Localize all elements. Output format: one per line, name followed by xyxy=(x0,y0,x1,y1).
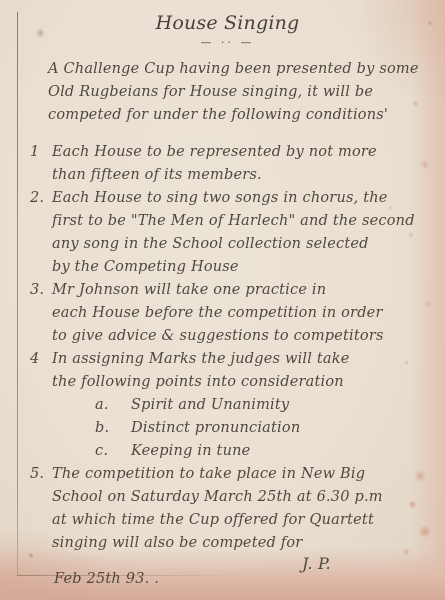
handwritten-line: Spirit and Unanimity xyxy=(131,394,289,417)
handwritten-line: first to be "The Men of Harlech" and the… xyxy=(52,210,425,233)
handwritten-line: Old Rugbeians for House singing, it will… xyxy=(48,81,425,104)
judging-point-a: a. Spirit and Unanimity xyxy=(95,394,425,417)
handwritten-line: Mr Johnson will take one practice in xyxy=(52,279,425,302)
condition-item-5: 5. The competition to take place in New … xyxy=(30,463,425,555)
judging-point-b: b. Distinct pronunciation xyxy=(95,417,425,440)
judging-point-c: c. Keeping in tune xyxy=(95,440,425,463)
document-date: Feb 25th 93. . xyxy=(54,568,159,591)
subitem-letter: b. xyxy=(95,417,131,440)
handwritten-line: at which time the Cup offered for Quarte… xyxy=(52,509,425,532)
handwritten-content: House Singing — ·· — A Challenge Cup hav… xyxy=(30,10,425,600)
handwritten-line: each House before the competition in ord… xyxy=(52,302,425,325)
foxing-spot xyxy=(424,300,432,308)
margin-rule-line xyxy=(17,12,18,576)
handwritten-line: Each House to be represented by not more xyxy=(52,141,425,164)
condition-item-4: 4 In assigning Marks the judges will tak… xyxy=(30,348,425,394)
handwritten-line: than fifteen of its members. xyxy=(52,164,425,187)
item-number: 3. xyxy=(30,279,52,348)
condition-item-1: 1 Each House to be represented by not mo… xyxy=(30,141,425,187)
page-title: House Singing xyxy=(30,10,425,36)
item-number: 1 xyxy=(30,141,52,187)
item-number: 5. xyxy=(30,463,52,555)
handwritten-line: by the Competing House xyxy=(52,256,425,279)
handwritten-line: any song in the School collection select… xyxy=(52,233,425,256)
handwritten-line: School on Saturday March 25th at 6.30 p.… xyxy=(52,486,425,509)
document-footer: J. P. Feb 25th 93. . xyxy=(30,556,425,600)
item-number: 2. xyxy=(30,187,52,279)
subitem-letter: a. xyxy=(95,394,131,417)
condition-item-3: 3. Mr Johnson will take one practice in … xyxy=(30,279,425,348)
handwritten-line: Distinct pronunciation xyxy=(131,417,300,440)
subitem-letter: c. xyxy=(95,440,131,463)
handwritten-line: competed for under the following conditi… xyxy=(48,104,425,127)
signature-initials: J. P. xyxy=(302,552,331,575)
handwritten-line: The competition to take place in New Big xyxy=(52,463,425,486)
condition-item-2: 2. Each House to sing two songs in choru… xyxy=(30,187,425,279)
item-number: 4 xyxy=(30,348,52,394)
handwritten-line: Each House to sing two songs in chorus, … xyxy=(52,187,425,210)
handwritten-line: Keeping in tune xyxy=(131,440,250,463)
handwritten-line: singing will also be competed for xyxy=(52,532,425,555)
handwritten-line: to give advice & suggestions to competit… xyxy=(52,325,425,348)
handwritten-line: In assigning Marks the judges will take xyxy=(52,348,425,371)
manuscript-page: House Singing — ·· — A Challenge Cup hav… xyxy=(0,0,445,600)
intro-paragraph: A Challenge Cup having been presented by… xyxy=(48,58,425,127)
foxing-spot xyxy=(427,20,433,26)
handwritten-line: the following points into consideration xyxy=(52,371,425,394)
handwritten-line: A Challenge Cup having been presented by… xyxy=(48,58,425,81)
title-flourish: — ·· — xyxy=(30,36,425,49)
